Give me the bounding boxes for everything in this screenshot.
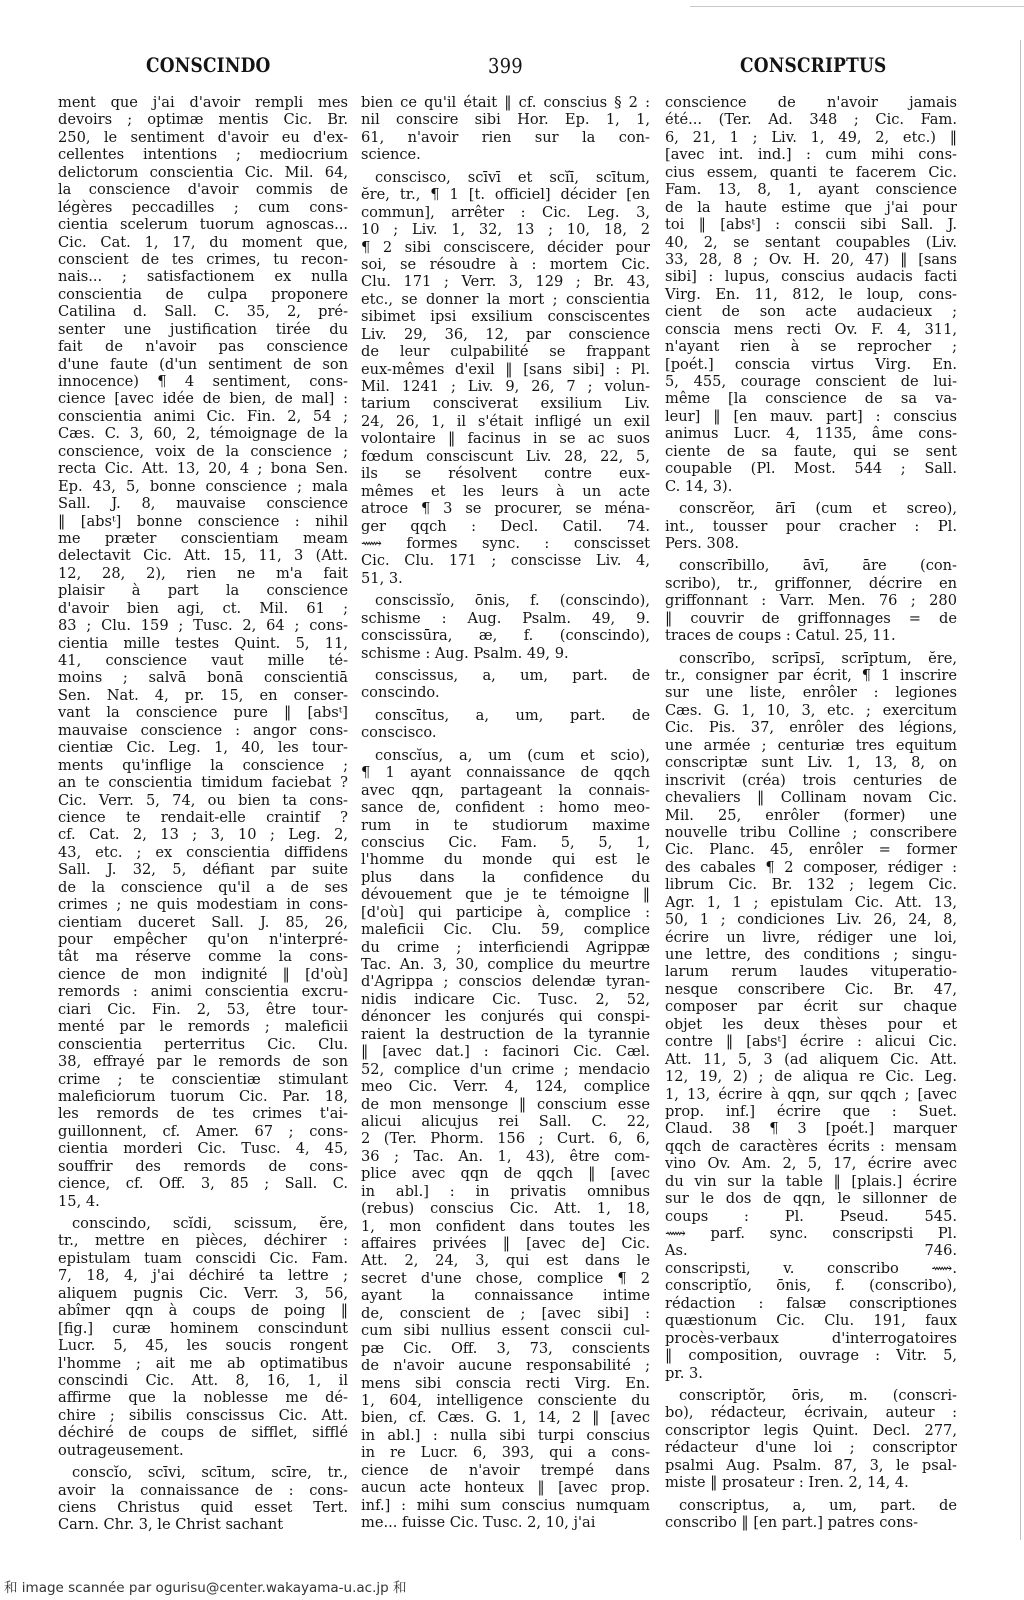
text-line: conscius Cic. Fam. 5, 5, 1, (361, 834, 650, 851)
text-line: crimes ; ne quis modestiam in cons- (58, 896, 348, 913)
text-line: Carn. Chr. 3, le Christ sachant (58, 1516, 348, 1533)
text-line: schisme : Aug. Psalm. 49, 9. (361, 645, 650, 662)
text-line: conscissĭo, ōnis, f. (conscindo), (361, 592, 650, 609)
text-line: 10 ; Liv. 1, 32, 13 ; 10, 18, 2 (361, 221, 650, 238)
text-line: souffrir des remords de cons- (58, 1158, 348, 1175)
text-line: chire ; sibilis conscissus Cic. Att. (58, 1407, 348, 1424)
text-line: conscientia perterritus Cic. Clu. (58, 1036, 348, 1053)
text-line: conscience de n'avoir jamais (665, 94, 957, 111)
text-line: cientiæ Cic. Leg. 1, 40, les tour- (58, 739, 348, 756)
text-line: 250, le sentiment d'avoir eu d'ex- (58, 129, 348, 146)
text-line: alicui alicujus rei Sall. C. 22, (361, 1113, 650, 1130)
text-line: As. 746. (665, 1242, 957, 1259)
text-line: Clu. 171 ; Verr. 3, 129 ; Br. 43, (361, 273, 650, 290)
text-line: de n'avoir aucune responsabilité ; (361, 1357, 650, 1374)
text-line: plaisir à part la conscience (58, 582, 348, 599)
text-line: [avec int. ind.] : cum mihi cons- (665, 146, 957, 163)
text-line: les remords de tes crimes t'ai- (58, 1105, 348, 1122)
scan-credit-footer: 和 image scannée par ogurisu@center.wakay… (4, 1576, 407, 1596)
text-line: plice avec qqn de qqch ‖ [avec (361, 1165, 650, 1182)
text-line: bo), rédacteur, écrivain, auteur : (665, 1404, 957, 1421)
text-line: de, conscient de ; [avec sibi] : (361, 1305, 650, 1322)
text-line: Cic. Planc. 45, enrôler = former (665, 841, 957, 858)
text-line: tr., mettre en pièces, déchirer : (58, 1232, 348, 1249)
text-line: cientia morderi Cic. Tusc. 4, 45, (58, 1140, 348, 1157)
text-line: conscriptæ sunt Liv. 1, 13, 8, on (665, 754, 957, 771)
text-line: Lucr. 5, 45, les soucis rongent (58, 1337, 348, 1354)
text-line: ‖ [avec dat.] : facinori Cic. Cæl. (361, 1043, 650, 1060)
text-line: Cæs. C. 3, 60, 2, témoignage de la (58, 425, 348, 442)
text-line: ger qqch : Decl. Catil. 74. (361, 518, 650, 535)
text-line: la conscience d'avoir commis de (58, 181, 348, 198)
text-line: Cic. Verr. 5, 74, ou bien ta cons- (58, 792, 348, 809)
text-line: 83 ; Clu. 159 ; Tusc. 2, 64 ; cons- (58, 617, 348, 634)
text-line: ment que j'ai d'avoir rempli mes (58, 94, 348, 111)
text-line: été... (Ter. Ad. 348 ; Cic. Fam. (665, 111, 957, 128)
text-line: conscriptor legis Quint. Decl. 277, (665, 1422, 957, 1439)
text-line: Cic. Cat. 1, 17, du moment que, (58, 234, 348, 251)
text-line: pæ Cic. Off. 3, 73, conscients (361, 1340, 650, 1357)
text-line: librum Cic. Br. 132 ; legem Cic. (665, 876, 957, 893)
text-line: qqch de caractères écrits : mensam (665, 1138, 957, 1155)
text-line: 15, 4. (58, 1193, 348, 1210)
text-line: bien ce qu'il était ‖ cf. conscius § 2 : (361, 94, 650, 111)
text-line: in re Lucr. 6, 393, qui a cons- (361, 1444, 650, 1461)
text-line: conscriptus, a, um, part. de (665, 1497, 957, 1514)
text-line: ciens Christus quid esset Tert. (58, 1499, 348, 1516)
text-line: 51, 3. (361, 570, 650, 587)
text-line: fait de n'avoir pas conscience (58, 338, 348, 355)
text-line: etc., se donner la mort ; conscientia (361, 291, 650, 308)
text-line: ¶ 1 ayant connaissance de qqch (361, 764, 650, 781)
text-line: aucun acte honteux ‖ [avec prop. (361, 1479, 650, 1496)
text-line: animus Lucr. 4, 1135, âme cons- (665, 425, 957, 442)
text-line: nesque conscribere Cic. Br. 47, (665, 981, 957, 998)
text-line: 52, complice d'un crime ; mendacio (361, 1061, 650, 1078)
text-line: Sen. Nat. 4, pr. 15, en conser- (58, 687, 348, 704)
text-line: même [la conscience de sa va- (665, 390, 957, 407)
text-line: du crime ; interficiendi Agrippæ (361, 939, 650, 956)
text-line: cience, cf. Off. 3, 85 ; Sall. C. (58, 1175, 348, 1192)
text-line: Mil. 1241 ; Liv. 9, 26, 7 ; volun- (361, 378, 650, 395)
text-line: 33, 28, 8 ; Ov. H. 20, 47) ‖ [sans (665, 251, 957, 268)
text-line: Att. 11, 5, 3 (ad aliquem Cic. Att. (665, 1051, 957, 1068)
text-line: rédaction : falsæ conscriptiones (665, 1295, 957, 1312)
text-line: 43, etc. ; ex conscientia diffidens (58, 844, 348, 861)
text-line: 40, 2, se sentant coupables (Liv. (665, 234, 957, 251)
text-line: de mon mensonge ‖ conscium esse (361, 1096, 650, 1113)
text-line: écrire un livre, rédiger une loi, (665, 929, 957, 946)
text-line: 5, 455, courage conscient de lui- (665, 373, 957, 390)
text-line: Tac. An. 3, 30, complice du meurtre (361, 956, 650, 973)
text-line: delictorum conscientia Cic. Mil. 64, (58, 164, 348, 181)
text-line: du vin sur la table ‖ [plais.] écrire (665, 1173, 957, 1190)
text-line: déchiré de coups de sifflet, sifflé (58, 1424, 348, 1441)
text-line: conscindi Cic. Att. 8, 16, 1, il (58, 1372, 348, 1389)
text-line: 61, n'avoir rien sur la con- (361, 129, 650, 146)
text-line: conscriptĭo, ōnis, f. (conscribo), (665, 1277, 957, 1294)
text-line: conscissus, a, um, part. de (361, 667, 650, 684)
text-line: schisme : Aug. Psalm. 49, 9. (361, 610, 650, 627)
text-line: rédacteur d'une loi ; conscriptor (665, 1439, 957, 1456)
text-line: une armée ; centuriæ tres equitum (665, 737, 957, 754)
text-line: ĕre, tr., ¶ 1 [t. officiel] décider [en (361, 186, 650, 203)
text-line: recta Cic. Att. 13, 20, 4 ; bona Sen. (58, 460, 348, 477)
text-line: cientiam duceret Sall. J. 85, 26, (58, 914, 348, 931)
text-line: une lettre, des conditions ; singu- (665, 946, 957, 963)
text-line: psalmi Aug. Psalm. 87, 3, le psal- (665, 1457, 957, 1474)
text-line: nouvelle tribu Colline ; conscribere (665, 824, 957, 841)
text-line: pour empêcher qu'on n'interpré- (58, 931, 348, 948)
text-line: eux-mêmes d'exil ‖ [sans sibi] : Pl. (361, 361, 650, 378)
text-line: d'une faute (d'un sentiment de son (58, 356, 348, 373)
text-line: chevaliers ‖ Collinam novam Cic. (665, 789, 957, 806)
text-line: aliquem pugnis Cic. Verr. 3, 56, (58, 1285, 348, 1302)
text-line: an te conscientia timidum faciebat ? (58, 774, 348, 791)
text-line: Ep. 43, 5, bonne conscience ; mala (58, 478, 348, 495)
text-line: maleficii Cic. Clu. 59, complice (361, 921, 650, 938)
text-line: science. (361, 146, 650, 163)
text-line: traces de coups : Catul. 25, 11. (665, 627, 957, 644)
text-line: conscrĕor, ārī (cum et screo), (665, 500, 957, 517)
text-line: Agr. 1, 1 ; epistulam Cic. Att. 13, (665, 894, 957, 911)
text-line: 2 (Ter. Phorm. 156 ; Curt. 6, 6, (361, 1130, 650, 1147)
text-line: dénoncer les conjurés qui conspi- (361, 1008, 650, 1025)
text-line: Pers. 308. (665, 535, 957, 552)
text-line: Cic. Pis. 37, enrôler des légions, (665, 719, 957, 736)
text-line: soi, se résoudre à : mortem Cic. (361, 256, 650, 273)
dictionary-column-3: conscience de n'avoir jamaisété... (Ter.… (665, 94, 957, 1531)
text-line: d'avoir bien agi, ct. Mil. 61 ; (58, 600, 348, 617)
text-line: sibi] : lupus, conscius audacis facti (665, 268, 957, 285)
text-line: conscriptŏr, ōris, m. (conscri- (665, 1387, 957, 1404)
text-line: cientia mille testes Quint. 5, 11, (58, 635, 348, 652)
text-line: conscītus, a, um, part. de (361, 707, 650, 724)
text-line: cum sibi nullius essent conscii cul- (361, 1322, 650, 1339)
text-line: cience de n'avoir trempé dans (361, 1462, 650, 1479)
page-edge-line (1020, 40, 1021, 1540)
text-line: (rebus) conscius Cic. Att. 1, 18, (361, 1200, 650, 1217)
scan-artifact-line (690, 6, 1024, 7)
text-line: cientia scelerum tuorum agnoscas... (58, 216, 348, 233)
text-line: epistulam tuam conscidi Cic. Fam. (58, 1250, 348, 1267)
text-line: commun], arrêter : Cic. Leg. 3, (361, 204, 650, 221)
text-line: vino Ov. Am. 2, 5, 17, écrire avec (665, 1155, 957, 1172)
text-line: conscrībo, scrīpsī, scrīptum, ĕre, (665, 650, 957, 667)
text-line: volontaire ‖ facinus in se ac suos (361, 430, 650, 447)
text-line: larum rerum laudes vituperatio- (665, 963, 957, 980)
text-line: inf.] : mihi sum conscius numquam (361, 1497, 650, 1514)
text-line: conscissūra, æ, f. (conscindo), (361, 627, 650, 644)
text-line: prop. inf.] écrire que : Suet. (665, 1103, 957, 1120)
text-line: ils se résolvent contre eux- (361, 465, 650, 482)
text-line: me... fuisse Cic. Tusc. 2, 10, j'ai (361, 1514, 650, 1531)
text-line: vant la conscience pure ‖ [absᵗ] (58, 704, 348, 721)
text-line: ‖ couvrir de griffonnages = de (665, 610, 957, 627)
text-line: ciente de sa faute, qui se sent (665, 443, 957, 460)
text-line: conscient de tes crimes, tu recon- (58, 251, 348, 268)
text-line: raient la destruction de la tyrannie (361, 1026, 650, 1043)
text-line: Cæs. G. 1, 10, 3, etc. ; exercitum (665, 702, 957, 719)
dictionary-column-1: ment que j'ai d'avoir rempli mesdevoirs … (58, 94, 348, 1534)
text-line: coupable (Pl. Most. 544 ; Sall. (665, 460, 957, 477)
text-line: ayant la connaissance intime (361, 1287, 650, 1304)
text-line: coups : Pl. Pseud. 545. (665, 1208, 957, 1225)
text-line: 1, 604, intelligence consciente du (361, 1392, 650, 1409)
running-head-left: CONSCINDO (146, 55, 271, 78)
text-line: ⟿ parf. sync. conscripsti Pl. (665, 1225, 957, 1242)
text-line: n'ayant rien à se reprocher ; (665, 338, 957, 355)
text-line: sur une liste, enrôler : legiones (665, 684, 957, 701)
text-line: des cabales ¶ 2 composer, rédiger : (665, 859, 957, 876)
text-line: cellentes intentions ; mediocrium (58, 146, 348, 163)
text-line: conscisco. (361, 724, 650, 741)
text-line: 1, 13, écrire à qqn, sur qqch ; [avec (665, 1086, 957, 1103)
text-line: guillonnent, cf. Amer. 67 ; cons- (58, 1123, 348, 1140)
running-head-right: CONSCRIPTUS (740, 55, 887, 78)
text-line: secret d'une chose, complice ¶ 2 (361, 1270, 650, 1287)
text-line: tarium consciverat exsilium Liv. (361, 395, 650, 412)
text-line: ments qu'inflige la conscience ; (58, 757, 348, 774)
text-line: Fam. 13, 8, 1, ayant conscience (665, 181, 957, 198)
text-line: cius essem, quanti te facerem Cic. (665, 164, 957, 181)
text-line: toi ‖ [absᵗ] : conscii sibi Sall. J. (665, 216, 957, 233)
text-line: 6, 21, 1 ; Liv. 1, 49, 2, etc.) ‖ (665, 129, 957, 146)
text-line: légères peccadilles ; cum cons- (58, 199, 348, 216)
text-line: Catilina d. Sall. C. 35, 2, pré- (58, 303, 348, 320)
text-line: cient de son acte audacieux ; (665, 303, 957, 320)
text-line: conscientia animi Cic. Fin. 2, 54 ; (58, 408, 348, 425)
text-line: in abl.] : in privatis omnibus (361, 1183, 650, 1200)
text-line: conscindo. (361, 684, 650, 701)
text-line: 24, 26, 1, il s'était infligé un exil (361, 413, 650, 430)
page-number: 399 (488, 54, 523, 78)
text-line: conscientia de culpa proponere (58, 286, 348, 303)
text-line: composer par écrit sur chaque (665, 998, 957, 1015)
text-line: [d'où] qui participe à, complice : (361, 904, 650, 921)
text-line: objet les deux thèses pour et (665, 1016, 957, 1033)
text-line: conscisco, scīvī et scĭī, scītum, (361, 169, 650, 186)
text-line: tr., consigner par écrit, ¶ 1 inscrire (665, 667, 957, 684)
text-line: C. 14, 3). (665, 478, 957, 495)
text-line: ⟿ formes sync. : conscisset (361, 535, 650, 552)
text-line: bien, cf. Cæs. G. 1, 14, 2 ‖ [avec (361, 1409, 650, 1426)
text-line: affirme que la noblesse me dé- (58, 1389, 348, 1406)
text-line: ciari Cic. Fin. 2, 53, être tour- (58, 1001, 348, 1018)
text-line: sibimet ipsi exsilium consciscentes (361, 308, 650, 325)
text-line: outrageusement. (58, 1442, 348, 1459)
text-line: conscia mens recti Ov. F. 4, 311, (665, 321, 957, 338)
text-line: pr. 3. (665, 1365, 957, 1382)
text-line: conscrībillo, āvī, āre (con- (665, 557, 957, 574)
text-line: int., tousser pour cracher : Pl. (665, 518, 957, 535)
dictionary-column-2: bien ce qu'il était ‖ cf. conscius § 2 :… (361, 94, 650, 1531)
text-line: conscribo ‖ [en part.] patres cons- (665, 1514, 957, 1531)
text-line: Liv. 29, 36, 12, par conscience (361, 326, 650, 343)
text-line: avoir la connaissance de : cons- (58, 1482, 348, 1499)
text-line: mens sibi conscia recti Virg. En. (361, 1375, 650, 1392)
text-line: ‖ [absᵗ] bonne conscience : nihil (58, 513, 348, 530)
text-line: conscindo, scĭdi, scissum, ĕre, (58, 1215, 348, 1232)
text-line: cf. Cat. 2, 13 ; 3, 10 ; Leg. 2, (58, 826, 348, 843)
text-line: 12, 28, 2), rien ne m'a fait (58, 565, 348, 582)
text-line: nidis indicare Cic. Tusc. 2, 52, (361, 991, 650, 1008)
text-line: cience te rendait-elle craintif ? (58, 809, 348, 826)
text-line: miste ‖ prosateur : Iren. 2, 14, 4. (665, 1474, 957, 1491)
text-line: rum in te studiorum maxime (361, 817, 650, 834)
text-line: contre ‖ [absᵗ] écrire : alicui Cic. (665, 1033, 957, 1050)
text-line: griffonnant : Varr. Men. 76 ; 280 (665, 592, 957, 609)
text-line: d'Agrippa ; conscios delendæ tyran- (361, 973, 650, 990)
text-line: Cic. Clu. 171 ; conscisse Liv. 4, (361, 552, 650, 569)
text-line: moins ; salvā bonā conscientiā (58, 669, 348, 686)
text-line: conscĭus, a, um (cum et scio), (361, 747, 650, 764)
text-line: 12, 19, 2) ; de aliqua re Cic. Leg. (665, 1068, 957, 1085)
text-line: delectavit Cic. Att. 15, 11, 3 (Att. (58, 547, 348, 564)
text-line: abîmer qqn à coups de poing ‖ (58, 1302, 348, 1319)
text-line: leur] ‖ [en mauv. part] : conscius (665, 408, 957, 425)
text-line: mêmes et les leurs à un acte (361, 483, 650, 500)
text-line: fœdum consciscunt Liv. 28, 22, 5, (361, 448, 650, 465)
text-line: quæstionum Cic. Clu. 191, faux (665, 1312, 957, 1329)
text-line: conscĭo, scīvi, scītum, scīre, tr., (58, 1464, 348, 1481)
text-line: plus dans la confidence du (361, 869, 650, 886)
text-line: scribo), tr., griffonner, décrire en (665, 575, 957, 592)
text-line: cience [avec idée de bien, de mal] : (58, 390, 348, 407)
text-line: me præter conscientiam meam (58, 530, 348, 547)
text-line: Att. 2, 24, 3, qui est dans le (361, 1252, 650, 1269)
text-line: de la haute estime que j'ai pour (665, 199, 957, 216)
text-line: ¶ 2 sibi consciscere, décider pour (361, 239, 650, 256)
text-line: nil conscire sibi Hor. Ep. 1, 1, (361, 111, 650, 128)
text-line: de leur culpabilité se frappant (361, 343, 650, 360)
text-line: nais... ; satisfactionem ex nulla (58, 268, 348, 285)
text-line: Virg. En. 11, 812, le loup, cons- (665, 286, 957, 303)
text-line: Mil. 25, enrôler (former) une (665, 807, 957, 824)
text-line: [fig.] curæ hominem conscindunt (58, 1320, 348, 1337)
text-line: ‖ composition, ouvrage : Vitr. 5, (665, 1347, 957, 1364)
text-line: inscrivit (créa) trois centuries de (665, 772, 957, 789)
text-line: 1, mon confident dans toutes les (361, 1218, 650, 1235)
text-line: conscience, voix de la conscience ; (58, 443, 348, 460)
text-line: 41, conscience vaut mille té- (58, 652, 348, 669)
text-line: 38, effrayé par le remords de son (58, 1053, 348, 1070)
text-line: cience de mon indignité ‖ [d'où] (58, 966, 348, 983)
text-line: in abl.] : nulla sibi turpi conscius (361, 1427, 650, 1444)
text-line: Sall. J. 8, mauvaise conscience (58, 495, 348, 512)
text-line: sance de, confident : homo meo- (361, 799, 650, 816)
text-line: Sall. J. 32, 5, défiant par suite (58, 861, 348, 878)
text-line: procès-verbaux d'interrogatoires (665, 1330, 957, 1347)
text-line: affaires privées ‖ [avec de] Cic. (361, 1235, 650, 1252)
text-line: mauvaise conscience : angor cons- (58, 722, 348, 739)
text-line: tât ma réserve comme la cons- (58, 948, 348, 965)
text-line: 7, 18, 4, j'ai déchiré ta lettre ; (58, 1267, 348, 1284)
text-line: innocence) ¶ 4 sentiment, cons- (58, 373, 348, 390)
text-line: sur le dos de qqn, le sillonner de (665, 1190, 957, 1207)
text-line: l'homme du monde qui est le (361, 851, 650, 868)
text-line: conscripsti, v. conscribo ⟿. (665, 1260, 957, 1277)
text-line: avec qqn, partageant la connais- (361, 782, 650, 799)
text-line: Claud. 38 ¶ 3 [poét.] marquer (665, 1120, 957, 1137)
text-line: 50, 1 ; condiciones Liv. 26, 24, 8, (665, 911, 957, 928)
text-line: [poét.] conscia virtus Virg. En. (665, 356, 957, 373)
text-line: dévouement que je te témoigne ‖ (361, 886, 650, 903)
text-line: maleficiorum tuorum Cic. Par. 18, (58, 1088, 348, 1105)
text-line: senter une justification tirée du (58, 321, 348, 338)
text-line: crime ; te conscientiæ stimulant (58, 1071, 348, 1088)
text-line: atroce ¶ 3 se procurer, se ména- (361, 500, 650, 517)
text-line: de la conscience qu'il a de ses (58, 879, 348, 896)
text-line: l'homme ; ait me ab optimatibus (58, 1355, 348, 1372)
text-line: menté par le remords ; maleficii (58, 1018, 348, 1035)
text-line: meo Cic. Verr. 4, 124, complice (361, 1078, 650, 1095)
text-line: devoirs ; optimæ mentis Cic. Br. (58, 111, 348, 128)
text-line: 36 ; Tac. An. 1, 43), être com- (361, 1148, 650, 1165)
text-line: remords : animi conscientia excru- (58, 983, 348, 1000)
